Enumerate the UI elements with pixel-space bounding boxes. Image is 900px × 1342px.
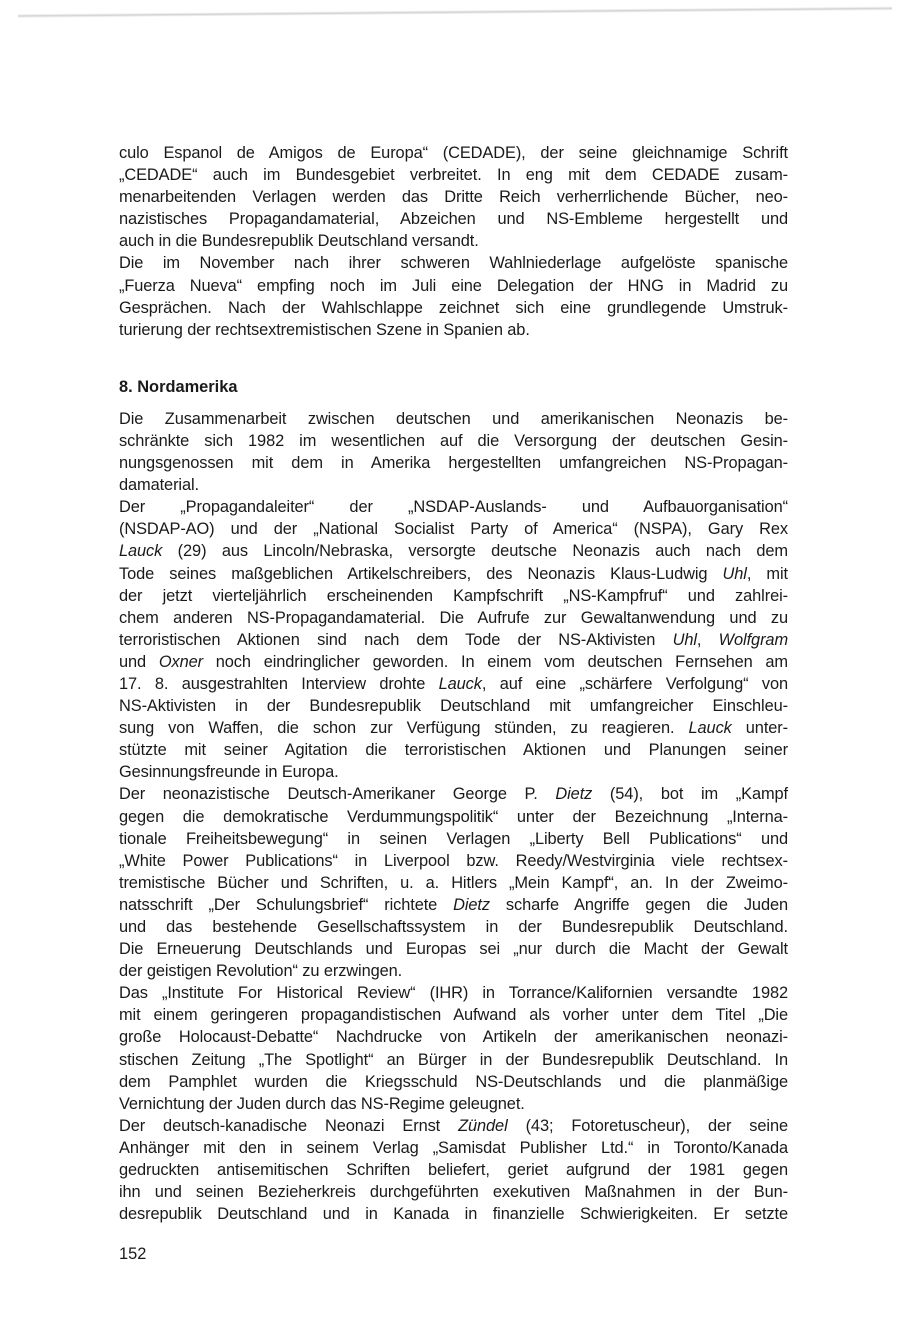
section-gap (119, 341, 788, 376)
text-line: natsschrift „Der Schulungsbrief“ richtet… (119, 894, 788, 916)
text-line: 17. 8. ausgestrahlten Interview drohte L… (119, 673, 788, 695)
text-line: Das „Institute For Historical Review“ (I… (119, 982, 788, 1004)
section-heading: 8. Nordamerika (119, 376, 788, 398)
text-line: ihn und seinen Bezieherkreis durchgeführ… (119, 1181, 788, 1203)
text-line: Tode seines maßgeblichen Artikelschreibe… (119, 563, 788, 585)
text-line: „CEDADE“ auch im Bundesgebiet verbreitet… (119, 164, 788, 186)
paragraph: Die im November nach ihrer schweren Wahl… (119, 252, 788, 340)
text-line: (NSDAP-AO) und der „National Socialist P… (119, 518, 788, 540)
text-line: Die im November nach ihrer schweren Wahl… (119, 252, 788, 274)
text-line: nungsgenossen mit dem in Amerika hergest… (119, 452, 788, 474)
text-line: große Holocaust-Debatte“ Nachdrucke von … (119, 1026, 788, 1048)
text-line: gedruckten antisemitischen Schriften bel… (119, 1159, 788, 1181)
text-line: gegen die demokratische Verdummungspolit… (119, 806, 788, 828)
text-line: stischen Zeitung „The Spotlight“ an Bürg… (119, 1049, 788, 1071)
text-line: Die Erneuerung Deutschlands und Europas … (119, 938, 788, 960)
text-line: Der neonazistische Deutsch-Amerikaner Ge… (119, 783, 788, 805)
text-line: damaterial. (119, 474, 788, 496)
text-line: mit einem geringeren propagandistischen … (119, 1004, 788, 1026)
text-line: auch in die Bundesrepublik Deutschland v… (119, 230, 788, 252)
paragraph: culo Espanol de Amigos de Europa“ (CEDAD… (119, 142, 788, 252)
text-line: „Fuerza Nueva“ empfing noch im Juli eine… (119, 275, 788, 297)
text-line: und Oxner noch eindringlicher geworden. … (119, 651, 788, 673)
paragraph: Das „Institute For Historical Review“ (I… (119, 982, 788, 1115)
text-line: tremistische Bücher und Schriften, u. a.… (119, 872, 788, 894)
text-block-north-america: Die Zusammenarbeit zwischen deutschen un… (119, 408, 788, 1225)
text-block-spain: culo Espanol de Amigos de Europa“ (CEDAD… (119, 142, 788, 341)
text-line: Der „Propagandaleiter“ der „NSDAP-Auslan… (119, 496, 788, 518)
text-line: menarbeitenden Verlagen werden das Dritt… (119, 186, 788, 208)
paragraph: Der „Propagandaleiter“ der „NSDAP-Auslan… (119, 496, 788, 783)
text-line: stützte mit seiner Agitation die terrori… (119, 739, 788, 761)
text-line: terroristischen Aktionen sind nach dem T… (119, 629, 788, 651)
text-line: der geistigen Revolution“ zu erzwingen. (119, 960, 788, 982)
text-line: dem Pamphlet wurden die Kriegsschuld NS-… (119, 1071, 788, 1093)
text-line: nazistisches Propagandamaterial, Abzeich… (119, 208, 788, 230)
scan-edge-shadow (18, 6, 892, 18)
text-line: NS-Aktivisten in der Bundesrepublik Deut… (119, 695, 788, 717)
text-line: sung von Waffen, die schon zur Verfügung… (119, 717, 788, 739)
text-line: tionale Freiheitsbewegung“ in seinen Ver… (119, 828, 788, 850)
page-number: 152 (119, 1245, 146, 1264)
text-line: und das bestehende Gesellschaftssystem i… (119, 916, 788, 938)
text-line: Die Zusammenarbeit zwischen deutschen un… (119, 408, 788, 430)
paragraph: Der deutsch-kanadische Neonazi Ernst Zün… (119, 1115, 788, 1225)
text-line: schränkte sich 1982 im wesentlichen auf … (119, 430, 788, 452)
text-line: Lauck (29) aus Lincoln/Nebraska, versorg… (119, 540, 788, 562)
text-line: Gesprächen. Nach der Wahlschlappe zeichn… (119, 297, 788, 319)
text-line: „White Power Publications“ in Liverpool … (119, 850, 788, 872)
text-line: Anhänger mit den in seinem Verlag „Samis… (119, 1137, 788, 1159)
text-line: Der deutsch-kanadische Neonazi Ernst Zün… (119, 1115, 788, 1137)
page-body: culo Espanol de Amigos de Europa“ (CEDAD… (119, 142, 788, 1225)
text-line: Vernichtung der Juden durch das NS-Regim… (119, 1093, 788, 1115)
text-line: chem anderen NS-Propagandamaterial. Die … (119, 607, 788, 629)
text-line: desrepublik Deutschland und in Kanada in… (119, 1203, 788, 1225)
text-line: Gesinnungsfreunde in Europa. (119, 761, 788, 783)
paragraph: Der neonazistische Deutsch-Amerikaner Ge… (119, 783, 788, 982)
text-line: der jetzt vierteljährlich erscheinenden … (119, 585, 788, 607)
text-line: turierung der rechtsextremistischen Szen… (119, 319, 788, 341)
paragraph: Die Zusammenarbeit zwischen deutschen un… (119, 408, 788, 496)
text-line: culo Espanol de Amigos de Europa“ (CEDAD… (119, 142, 788, 164)
